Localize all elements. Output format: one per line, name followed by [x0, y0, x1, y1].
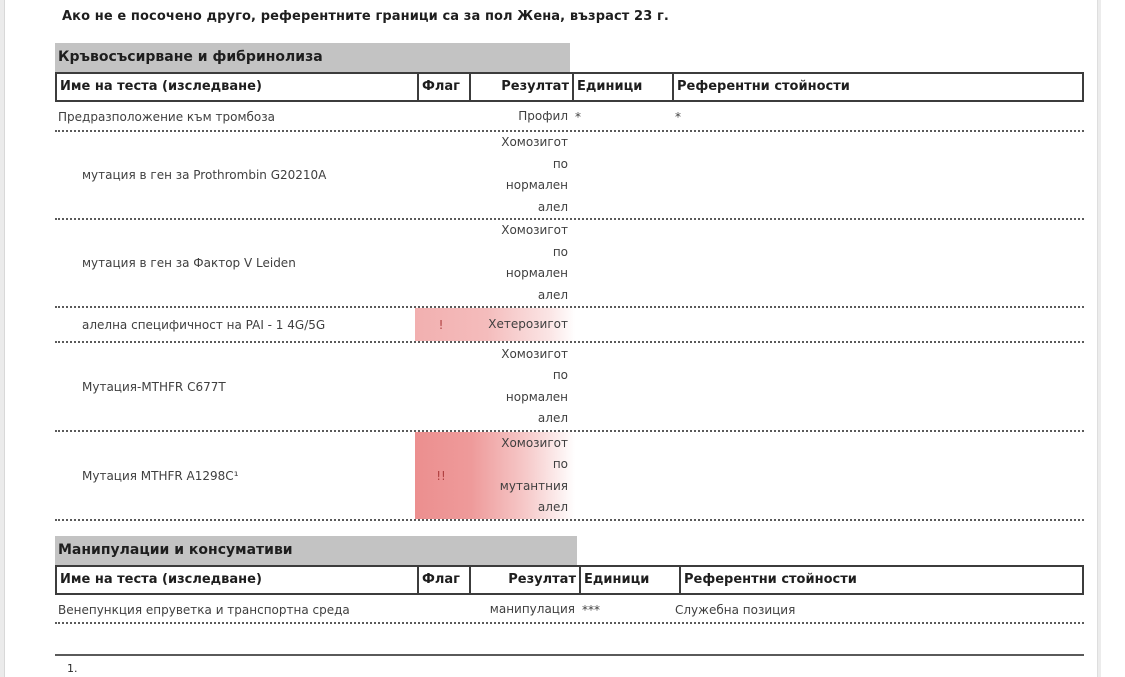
result-line: по: [500, 454, 568, 476]
test-name: Венепункция епруветка и транспортна сред…: [55, 597, 415, 622]
col-header-name: Име на теста (изследване): [57, 567, 417, 593]
result-line: по: [501, 365, 568, 387]
table-row: Мутация-MTHFR C677T Хомозигот по нормале…: [55, 343, 1084, 432]
col-header-units: Единици: [579, 567, 679, 593]
table-header-coagulation: Име на теста (изследване) Флаг Резултат …: [55, 72, 1084, 102]
col-header-reference: Референтни стойности: [672, 74, 1082, 100]
test-name: мутация в ген за Фактор V Leiden: [55, 220, 415, 306]
test-result: манипулация: [467, 597, 577, 622]
test-result: Хомозигот по нормален алел: [467, 220, 570, 306]
result-line: Хомозигот: [501, 132, 568, 154]
col-header-reference: Референтни стойности: [679, 567, 1082, 593]
flag-indicator: !: [415, 308, 467, 341]
test-name: Предразположение към тромбоза: [55, 104, 415, 130]
result-line: алел: [501, 197, 568, 219]
table-row: Предразположение към тромбоза Профил * *: [55, 104, 1084, 132]
test-units: *: [570, 104, 670, 130]
test-units: ***: [577, 597, 670, 622]
test-result: Хомозигот по нормален алел: [467, 343, 570, 430]
test-name: Мутация MTHFR A1298C¹: [55, 432, 415, 519]
section-title-coagulation: Кръвосъсирване и фибринолиза: [55, 43, 570, 72]
table-row: Венепункция епруветка и транспортна сред…: [55, 597, 1084, 624]
col-header-name: Име на теста (изследване): [57, 74, 417, 100]
result-line: алел: [500, 497, 568, 519]
table-header-manipulations: Име на теста (изследване) Флаг Резултат …: [55, 565, 1084, 595]
test-reference: Служебна позиция: [670, 597, 1084, 622]
col-header-result: Резултат: [469, 567, 579, 593]
test-result: Профил: [467, 104, 570, 130]
result-line: Хомозигот: [501, 220, 568, 242]
test-name: алелна специфичност на PAI - 1 4G/5G: [55, 308, 415, 341]
test-result: Хомозигот по нормален алел: [467, 132, 570, 218]
table-row: мутация в ген за Фактор V Leiden Хомозиг…: [55, 220, 1084, 308]
result-line: по: [501, 154, 568, 176]
test-reference: *: [670, 104, 1084, 130]
test-name: Мутация-MTHFR C677T: [55, 343, 415, 430]
reference-note: Ако не е посочено друго, референтните гр…: [62, 9, 669, 24]
result-line: нормален: [501, 387, 568, 409]
result-line: по: [501, 242, 568, 264]
col-header-result: Резултат: [469, 74, 572, 100]
test-result: Хомозигот по мутантния алел: [467, 432, 570, 519]
footnote: 1.: [67, 662, 78, 675]
col-header-units: Единици: [572, 74, 672, 100]
result-line: нормален: [501, 263, 568, 285]
footnote-divider: [55, 654, 1084, 656]
result-line: Хомозигот: [501, 344, 568, 366]
result-line: алел: [501, 408, 568, 430]
test-name: мутация в ген за Prothrombin G20210A: [55, 132, 415, 218]
result-line: Хомозигот: [500, 433, 568, 455]
col-header-flag: Флаг: [417, 74, 469, 100]
col-header-flag: Флаг: [417, 567, 469, 593]
table-row: мутация в ген за Prothrombin G20210A Хом…: [55, 132, 1084, 220]
table-row: алелна специфичност на PAI - 1 4G/5G ! Х…: [55, 308, 1084, 343]
test-result: Хетерозигот: [467, 308, 570, 341]
result-line: алел: [501, 285, 568, 307]
section-title-manipulations: Манипулации и консумативи: [55, 536, 577, 565]
page-left-border: [0, 0, 5, 677]
table-row: Мутация MTHFR A1298C¹ !! Хомозигот по му…: [55, 432, 1084, 521]
scroll-gutter[interactable]: [1101, 0, 1125, 677]
result-line: нормален: [501, 175, 568, 197]
flag-indicator: !!: [415, 432, 467, 519]
result-line: мутантния: [500, 476, 568, 498]
